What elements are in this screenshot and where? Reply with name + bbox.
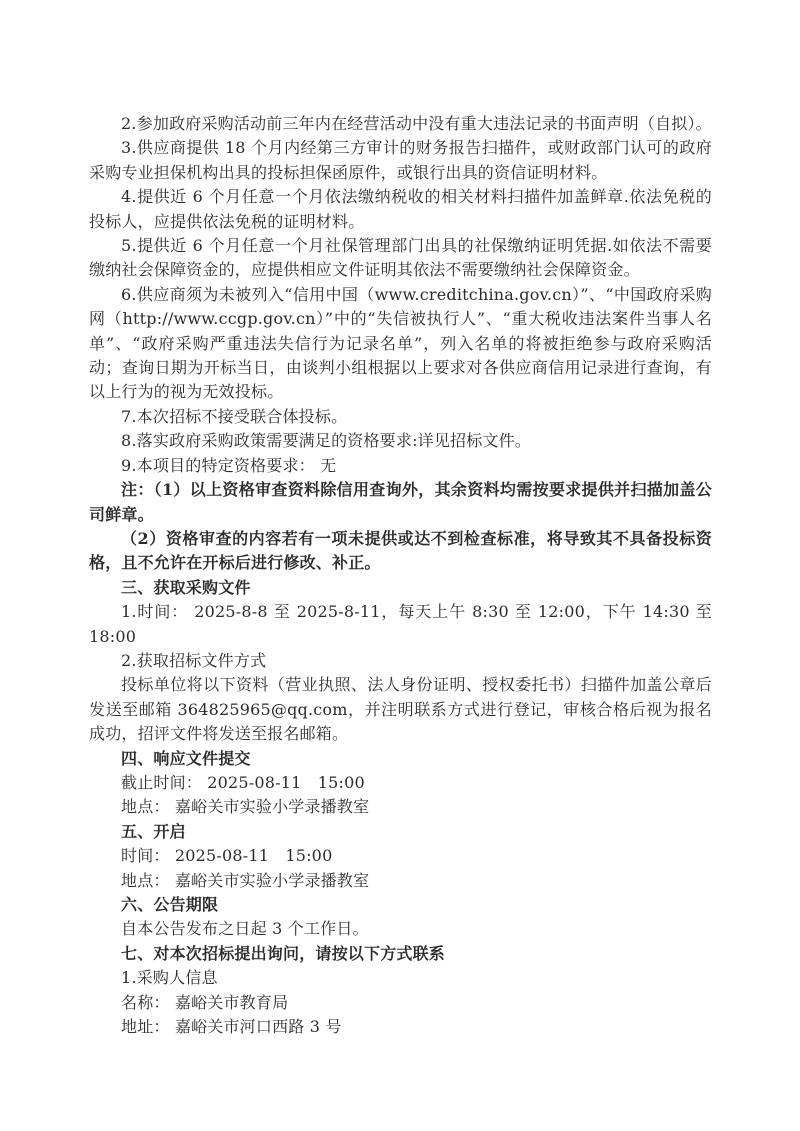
clause-6-credit-check: 6.供应商须为未被列入“信用中国（www.creditchina.gov.cn）… bbox=[89, 283, 712, 405]
purchaser-address: 地址： 嘉峪关市河口西路 3 号 bbox=[89, 1015, 712, 1039]
clause-4-tax-payment: 4.提供近 6 个月任意一个月依法缴纳税收的相关材料扫描件加盖鲜章.依法免税的投… bbox=[89, 185, 712, 234]
section-3-heading: 三、获取采购文件 bbox=[89, 576, 712, 600]
section-3-time: 1.时间： 2025-8-8 至 2025-8-11，每天上午 8:30 至 1… bbox=[89, 600, 712, 649]
clause-9-specific-qualification: 9.本项目的特定资格要求： 无 bbox=[89, 454, 712, 478]
section-6-duration: 自本公告发布之日起 3 个工作日。 bbox=[89, 917, 712, 941]
note-2: （2）资格审查的内容若有一项未提供或达不到检查标准，将导致其不具备投标资格，且不… bbox=[89, 527, 712, 576]
clause-7-no-consortium: 7.本次招标不接受联合体投标。 bbox=[89, 405, 712, 429]
section-4-location: 地点： 嘉峪关市实验小学录播教室 bbox=[89, 795, 712, 819]
clause-3-financial-report: 3.供应商提供 18 个月内经第三方审计的财务报告扫描件，或财政部门认可的政府采… bbox=[89, 136, 712, 185]
section-4-heading: 四、响应文件提交 bbox=[89, 747, 712, 771]
section-5-time: 时间： 2025-08-11 15:00 bbox=[89, 844, 712, 868]
section-3-method-heading: 2.获取招标文件方式 bbox=[89, 649, 712, 673]
section-7-heading: 七、对本次招标提出询问，请按以下方式联系 bbox=[89, 942, 712, 966]
section-5-heading: 五、开启 bbox=[89, 820, 712, 844]
note-1: 注：（1）以上资格审查资料除信用查询外，其余资料均需按要求提供并扫描加盖公司鲜章… bbox=[89, 478, 712, 527]
section-4-deadline: 截止时间： 2025-08-11 15:00 bbox=[89, 771, 712, 795]
clause-5-social-insurance: 5.提供近 6 个月任意一个月社保管理部门出具的社保缴纳证明凭据.如依法不需要缴… bbox=[89, 234, 712, 283]
clause-2-declaration: 2.参加政府采购活动前三年内在经营活动中没有重大违法记录的书面声明（自拟）。 bbox=[89, 112, 712, 136]
purchaser-info-heading: 1.采购人信息 bbox=[89, 966, 712, 990]
section-5-location: 地点： 嘉峪关市实验小学录播教室 bbox=[89, 869, 712, 893]
section-6-heading: 六、公告期限 bbox=[89, 893, 712, 917]
announcement-body: 2.参加政府采购活动前三年内在经营活动中没有重大违法记录的书面声明（自拟）。 3… bbox=[89, 112, 712, 1039]
purchaser-name: 名称： 嘉峪关市教育局 bbox=[89, 991, 712, 1015]
document-page: 2.参加政府采购活动前三年内在经营活动中没有重大违法记录的书面声明（自拟）。 3… bbox=[0, 0, 800, 1131]
section-3-method-detail: 投标单位将以下资料（营业执照、法人身份证明、授权委托书）扫描件加盖公章后发送至邮… bbox=[89, 673, 712, 746]
clause-8-policy-requirement: 8.落实政府采购政策需要满足的资格要求:详见招标文件。 bbox=[89, 429, 712, 453]
